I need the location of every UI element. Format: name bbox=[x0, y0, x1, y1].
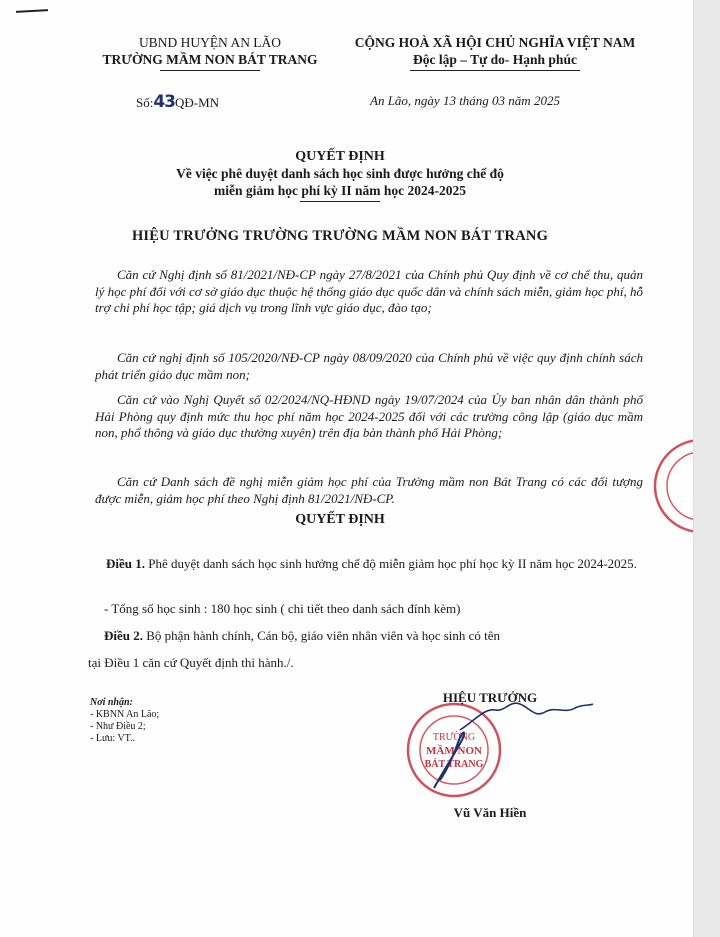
subject-line-1: Về việc phê duyệt danh sách học sinh đượ… bbox=[60, 165, 620, 182]
place-date: An Lão, ngày 13 tháng 03 năm 2025 bbox=[370, 93, 560, 109]
authority-name: UBND HUYỆN AN LÃO bbox=[60, 34, 360, 51]
recipients: Nơi nhận: - KBNN An Lão; - Như Điều 2; -… bbox=[90, 697, 159, 745]
recipient-item: - Như Điều 2; bbox=[90, 721, 159, 733]
signer-name: Vũ Văn Hiền bbox=[400, 805, 580, 821]
header-right: CỘNG HOÀ XÃ HỘI CHỦ NGHĨA VIỆT NAM Độc l… bbox=[320, 34, 670, 71]
article-2: Điều 2. Bộ phận hành chính, Cán bộ, giáo… bbox=[104, 627, 664, 644]
total-students: - Tổng số học sinh : 180 học sinh ( chi … bbox=[104, 600, 664, 617]
recipient-item: - Lưu: VT.. bbox=[90, 733, 159, 745]
country-name: CỘNG HOÀ XÃ HỘI CHỦ NGHĨA VIỆT NAM bbox=[320, 34, 670, 51]
svg-text:BÁT TRANG: BÁT TRANG bbox=[425, 758, 484, 770]
document-title: QUYẾT ĐỊNH bbox=[60, 148, 620, 165]
page-edge-background bbox=[693, 0, 720, 937]
motto: Độc lập – Tự do- Hạnh phúc bbox=[320, 51, 670, 68]
recipients-label: Nơi nhận: bbox=[90, 697, 159, 709]
recipient-item: - KBNN An Lão; bbox=[90, 709, 159, 721]
ground-1: Căn cứ Nghị định số 81/2021/NĐ-CP ngày 2… bbox=[95, 267, 643, 317]
decision-heading: QUYẾT ĐỊNH bbox=[60, 512, 620, 528]
title-block: QUYẾT ĐỊNH Về việc phê duyệt danh sách h… bbox=[60, 148, 620, 202]
ground-3: Căn cứ vào Nghị Quyết số 02/2024/NQ-HĐND… bbox=[95, 392, 643, 442]
document-number: Số:43QĐ-MN bbox=[136, 92, 219, 112]
article-1: Điều 1. Phê duyệt danh sách học sinh hưở… bbox=[88, 555, 643, 572]
handwritten-number: 43 bbox=[153, 92, 175, 112]
scan-mark bbox=[16, 9, 48, 13]
subject-line-2: miễn giảm học phí kỳ II năm học 2024-202… bbox=[60, 182, 620, 199]
motto-underline bbox=[410, 70, 580, 71]
header-left: UBND HUYỆN AN LÃO TRƯỜNG MẦM NON BÁT TRA… bbox=[60, 34, 360, 71]
school-name: TRƯỜNG MẦM NON BÁT TRANG bbox=[60, 51, 360, 68]
article-2-continued: tại Điều 1 căn cứ Quyết định thi hành./. bbox=[88, 654, 648, 671]
issuer-heading: HIỆU TRƯỞNG TRƯỜNG TRƯỜNG MẦM NON BÁT TR… bbox=[60, 228, 620, 245]
header-left-underline bbox=[160, 70, 260, 71]
document-page: UBND HUYỆN AN LÃO TRƯỜNG MẦM NON BÁT TRA… bbox=[0, 0, 693, 937]
signer-title: HIỆU TRƯỞNG bbox=[400, 690, 580, 706]
ground-2: Căn cứ nghị định số 105/2020/NĐ-CP ngày … bbox=[95, 350, 643, 383]
ground-4: Căn cứ Danh sách đề nghị miễn giảm học p… bbox=[95, 474, 643, 507]
title-underline bbox=[300, 201, 380, 202]
